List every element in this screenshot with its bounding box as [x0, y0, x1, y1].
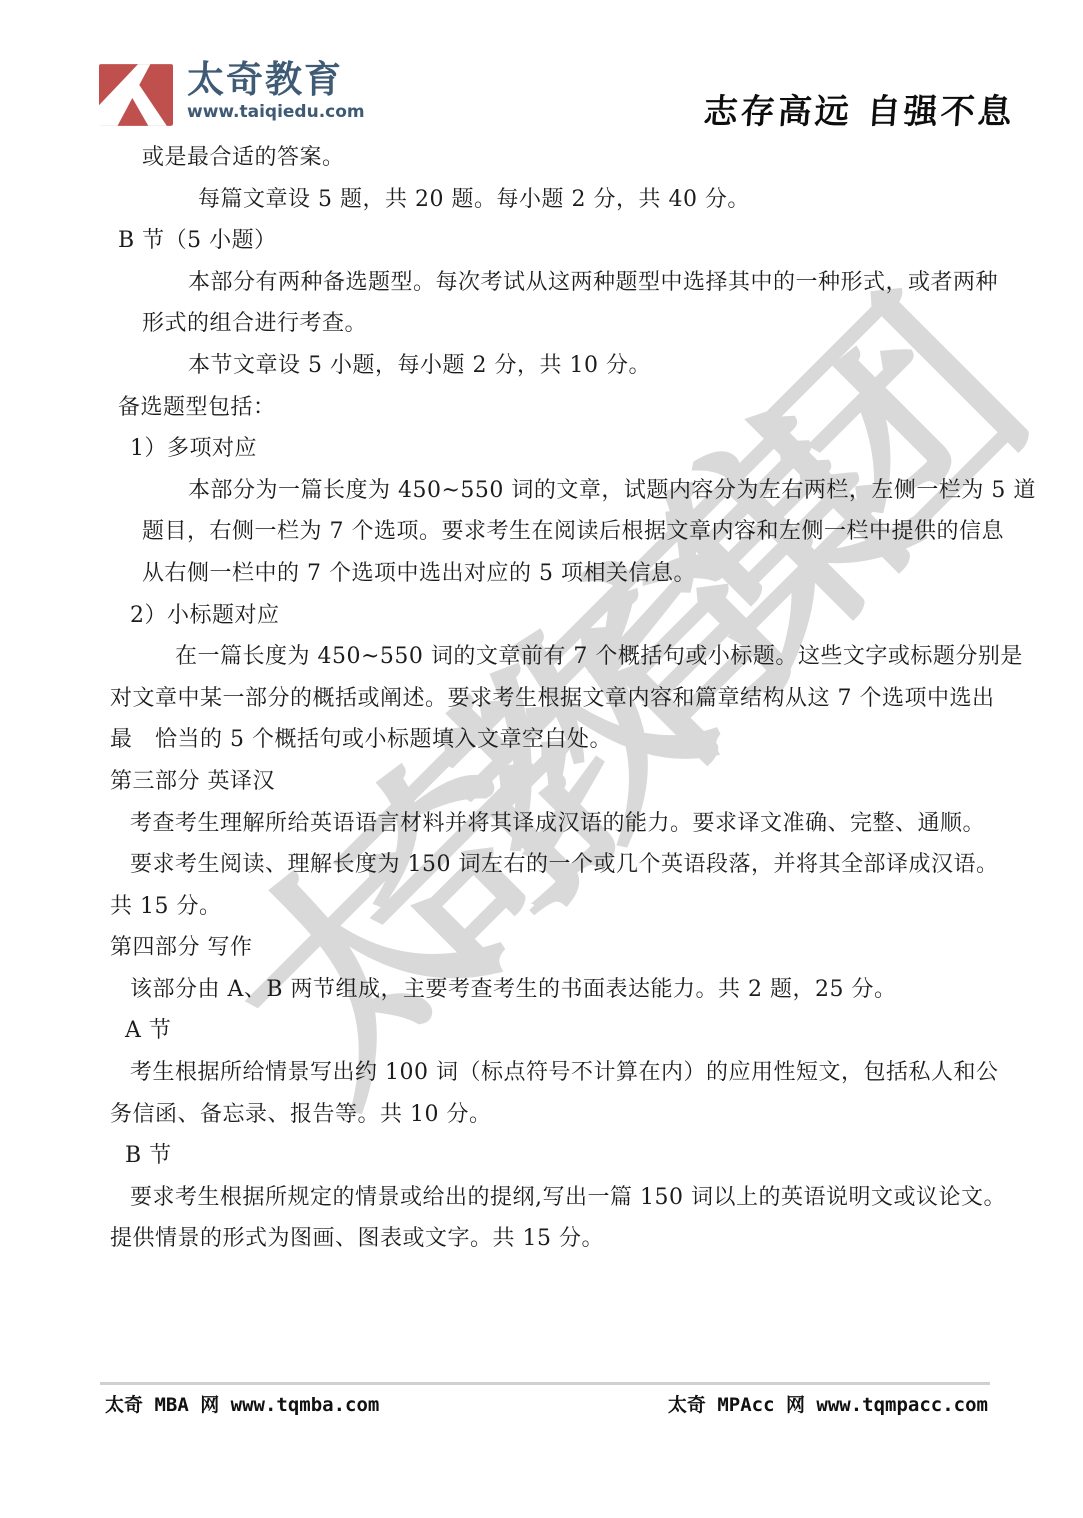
footer-mba-site: 太奇 MBA 网 www.tqmba.com [105, 1390, 379, 1417]
body-line: 本部分为一篇长度为 450~550 词的文章，试题内容分为左右两栏，左侧一栏为 … [188, 470, 1003, 512]
body-line: 考查考生理解所给英语语言材料并将其译成汉语的能力。要求译文准确、完整、通顺。 [130, 803, 1003, 845]
body-line: A 节 [125, 1010, 1003, 1052]
document-body: 或是最合适的答案。每篇文章设 5 题，共 20 题。每小题 2 分，共 40 分… [110, 137, 1003, 1260]
body-line: 从右侧一栏中的 7 个选项中选出对应的 5 项相关信息。 [142, 553, 1003, 595]
body-line: 第四部分 写作 [110, 927, 1003, 969]
body-line: 第三部分 英译汉 [110, 761, 1003, 803]
body-line: 本节文章设 5 小题，每小题 2 分，共 10 分。 [188, 345, 1003, 387]
body-line: 提供情景的形式为图画、图表或文字。共 15 分。 [110, 1218, 1003, 1260]
header-slogan: 志存高远 自强不息 [702, 84, 1016, 133]
document-page: 太奇教育集团 太奇教育 www.taiqiedu.com 志存高远 自强不息 或… [0, 0, 1083, 1518]
brand-name: 太奇教育 [187, 58, 365, 102]
body-line: 在一篇长度为 450~550 词的文章前有 7 个概括句或小标题。这些文字或标题… [175, 636, 1003, 678]
footer-divider [100, 1382, 990, 1385]
body-line: 1）多项对应 [130, 428, 1003, 470]
page-header: 太奇教育 www.taiqiedu.com 志存高远 自强不息 [0, 0, 1083, 140]
body-line: 共 15 分。 [110, 886, 1003, 928]
brand-url: www.taiqiedu.com [187, 102, 365, 122]
body-line: 本部分有两种备选题型。每次考试从这两种题型中选择其中的一种形式，或者两种 [188, 262, 1003, 304]
body-line: 考生根据所给情景写出约 100 词（标点符号不计算在内）的应用性短文，包括私人和… [130, 1052, 1003, 1094]
footer-mpacc-site: 太奇 MPAcc 网 www.tqmpacc.com [668, 1390, 988, 1417]
body-line: 备选题型包括： [118, 387, 1003, 429]
body-line: B 节（5 小题） [118, 220, 1003, 262]
brand-block: 太奇教育 www.taiqiedu.com [187, 58, 365, 122]
body-line: 对文章中某一部分的概括或阐述。要求考生根据文章内容和篇章结构从这 7 个选项中选… [110, 678, 1003, 720]
body-line: 务信函、备忘录、报告等。共 10 分。 [110, 1094, 1003, 1136]
body-line: 要求考生阅读、理解长度为 150 词左右的一个或几个英语段落，并将其全部译成汉语… [130, 844, 1003, 886]
body-line: 该部分由 A、B 两节组成，主要考查考生的书面表达能力。共 2 题，25 分。 [130, 969, 1003, 1011]
taiqi-logo-icon [99, 64, 173, 126]
body-line: 最 恰当的 5 个概括句或小标题填入文章空白处。 [110, 719, 1003, 761]
body-line: B 节 [125, 1135, 1003, 1177]
body-line: 题目，右侧一栏为 7 个选项。要求考生在阅读后根据文章内容和左侧一栏中提供的信息 [142, 511, 1003, 553]
body-line: 2）小标题对应 [130, 595, 1003, 637]
body-line: 要求考生根据所规定的情景或给出的提纲,写出一篇 150 词以上的英语说明文或议论… [130, 1177, 1003, 1219]
body-line: 每篇文章设 5 题，共 20 题。每小题 2 分，共 40 分。 [198, 179, 1003, 221]
body-line: 或是最合适的答案。 [142, 137, 1003, 179]
body-line: 形式的组合进行考查。 [142, 303, 1003, 345]
